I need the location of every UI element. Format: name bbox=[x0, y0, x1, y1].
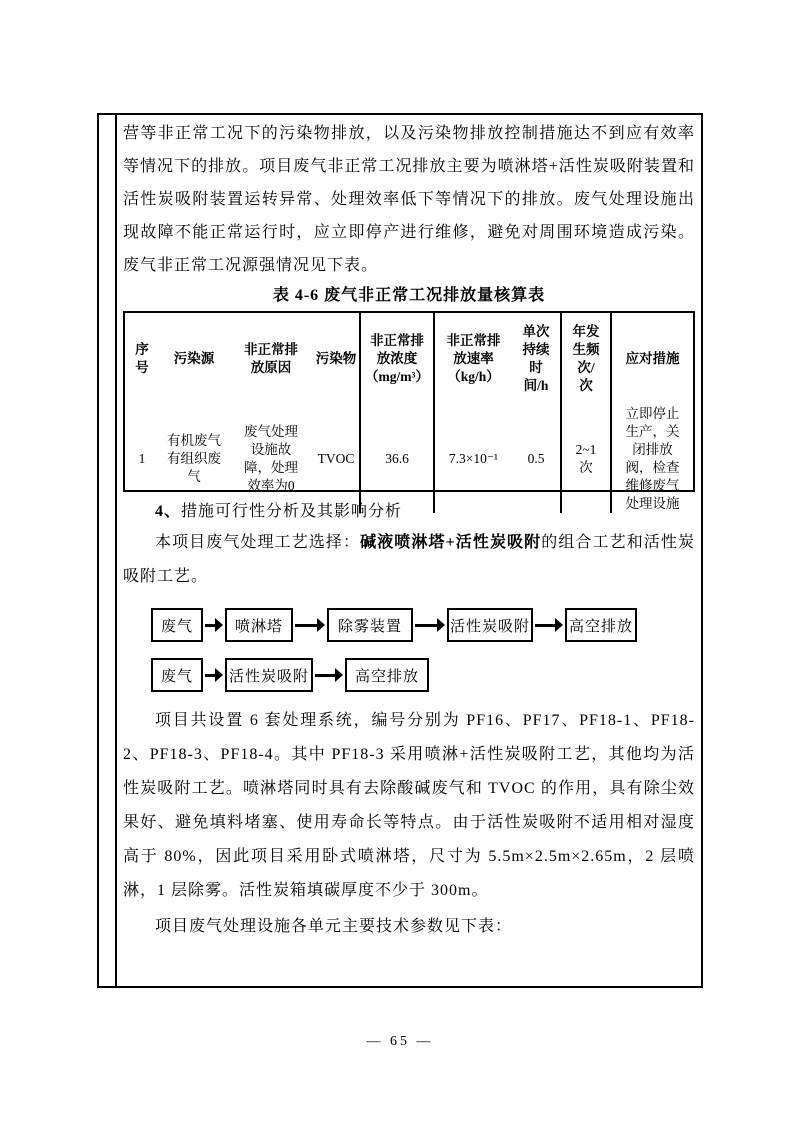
flow-box-high-altitude-discharge-1: 高空排放 bbox=[565, 608, 637, 642]
table-cell-source: 有机废气有组织废气 bbox=[159, 405, 229, 513]
process-selection-prefix: 本项目废气处理工艺选择： bbox=[155, 534, 360, 551]
flow-box-high-altitude-discharge-2: 高空排放 bbox=[345, 658, 429, 692]
document-content: 营等非正常工况下的污染物排放，以及污染物排放控制措施达不到应有效率等情况下的排放… bbox=[117, 115, 701, 986]
table-header-measures: 应对措施 bbox=[610, 313, 693, 405]
flow-box-activated-carbon-2: 活性炭吸附 bbox=[225, 658, 313, 692]
flowchart-row-2: 废气 活性炭吸附 高空排放 bbox=[151, 658, 695, 692]
table-cell-seq: 1 bbox=[125, 405, 159, 513]
process-selection-bold: 碱液喷淋塔+活性炭吸附 bbox=[360, 534, 541, 551]
table-cell-concentration: 36.6 bbox=[359, 405, 433, 513]
table-header-pollutant: 污染物 bbox=[313, 313, 359, 405]
arrow-right-icon bbox=[205, 624, 215, 627]
emission-accounting-table: 序号 污染源 非正常排放原因 污染物 非正常排放浓度（mg/m³） 非正常排放速… bbox=[123, 311, 695, 492]
paragraph-parameters-intro: 项目废气处理设施各单元主要技术参数见下表： bbox=[123, 910, 695, 944]
table-title: 表 4-6 废气非正常工况排放量核算表 bbox=[123, 285, 695, 307]
table-header-source: 污染源 bbox=[159, 313, 229, 405]
flow-box-demist-device: 除雾装置 bbox=[327, 608, 413, 642]
table-header-cause: 非正常排放原因 bbox=[229, 313, 313, 405]
page-number: — 65 — bbox=[0, 1034, 800, 1050]
document-frame: 营等非正常工况下的污染物排放，以及污染物排放控制措施达不到应有效率等情况下的排放… bbox=[97, 113, 703, 988]
table-header-concentration: 非正常排放浓度（mg/m³） bbox=[359, 313, 433, 405]
table-header-rate: 非正常排放速率（kg/h） bbox=[433, 313, 512, 405]
flow-box-spray-tower: 喷淋塔 bbox=[225, 608, 293, 642]
arrow-right-icon bbox=[315, 674, 335, 677]
flow-box-waste-gas-2: 废气 bbox=[151, 658, 203, 692]
table-cell-rate: 7.3×10⁻¹ bbox=[433, 405, 512, 513]
table-cell-cause: 废气处理设施故障，处理效率为0 bbox=[229, 405, 313, 513]
flow-box-waste-gas-1: 废气 bbox=[151, 608, 203, 642]
table-header-duration: 单次持续时间/h bbox=[512, 313, 560, 405]
arrow-right-icon bbox=[415, 624, 437, 627]
table-header-seq: 序号 bbox=[125, 313, 159, 405]
paragraph-treatment-systems: 项目共设置 6 套处理系统，编号分别为 PF16、PF17、PF18-1、PF1… bbox=[123, 704, 695, 908]
table-cell-measures: 立即停止生产，关闭排放阀，检查维修废气处理设施 bbox=[610, 405, 693, 513]
arrow-right-icon bbox=[205, 674, 215, 677]
arrow-right-icon bbox=[295, 624, 317, 627]
paragraph-nonnormal-emission: 营等非正常工况下的污染物排放，以及污染物排放控制措施达不到应有效率等情况下的排放… bbox=[123, 117, 695, 282]
left-margin-strip bbox=[99, 115, 117, 986]
paragraph-process-selection: 本项目废气处理工艺选择：碱液喷淋塔+活性炭吸附的组合工艺和活性炭吸附工艺。 bbox=[123, 526, 695, 594]
section-heading-number: 4、 bbox=[155, 503, 181, 520]
table-header-frequency: 年发生频次/次 bbox=[560, 313, 610, 405]
table-cell-pollutant: TVOC bbox=[313, 405, 359, 513]
flowchart-row-1: 废气 喷淋塔 除雾装置 活性炭吸附 高空排放 bbox=[151, 608, 695, 642]
table-cell-frequency: 2~1次 bbox=[560, 405, 610, 513]
section-heading-text: 措施可行性分析及其影响分析 bbox=[181, 503, 402, 520]
flow-box-activated-carbon-1: 活性炭吸附 bbox=[447, 608, 533, 642]
table-cell-duration: 0.5 bbox=[512, 405, 560, 513]
arrow-right-icon bbox=[535, 624, 555, 627]
